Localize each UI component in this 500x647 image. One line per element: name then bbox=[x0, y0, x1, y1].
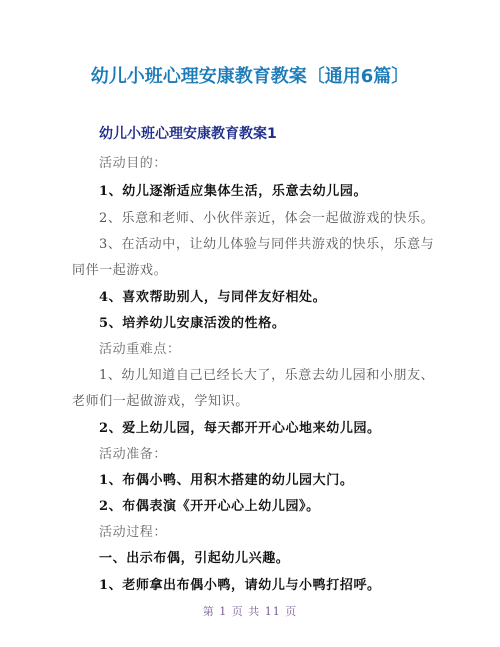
paragraph-line: 5、培养幼儿安康活泼的性格。 bbox=[99, 312, 285, 331]
paragraph-line: 3、在活动中，让幼儿体验与同伴共游戏的快乐，乐意与 bbox=[99, 233, 434, 252]
paragraph-line: 2、乐意和老师、小伙伴亲近，体会一起做游戏的快乐。 bbox=[99, 207, 434, 226]
paragraph-line: 活动过程： bbox=[99, 521, 167, 540]
paragraph-line: 1、老师拿出布偶小鸭，请幼儿与小鸭打招呼。 bbox=[99, 574, 381, 593]
paragraph-line: 活动重难点： bbox=[99, 338, 181, 357]
section-title: 幼儿小班心理安康教育教案1 bbox=[99, 123, 277, 143]
document-title: 幼儿小班心理安康教育教案〔通用6篇〕 bbox=[0, 62, 500, 88]
paragraph-line: 活动目的： bbox=[99, 152, 167, 171]
page-footer: 第 1 页 共 11 页 bbox=[0, 603, 500, 619]
paragraph-line: 同伴一起游戏。 bbox=[72, 259, 167, 278]
paragraph-line: 1、幼儿知道自己已经长大了，乐意去幼儿园和小朋友、 bbox=[99, 364, 434, 383]
paragraph-line: 活动准备： bbox=[99, 443, 167, 462]
paragraph-line: 4、喜欢帮助别人，与同伴友好相处。 bbox=[99, 286, 326, 305]
paragraph-line: 老师们一起做游戏，学知识。 bbox=[72, 390, 249, 409]
paragraph-line: 一、出示布偶，引起幼儿兴趣。 bbox=[99, 547, 289, 566]
paragraph-line: 2、布偶表演《开开心心上幼儿园》。 bbox=[99, 495, 320, 514]
paragraph-line: 2、爱上幼儿园，每天都开开心心地来幼儿园。 bbox=[99, 417, 381, 436]
paragraph-line: 1、布偶小鸭、用积木搭建的幼儿园大门。 bbox=[99, 469, 353, 488]
paragraph-line: 1、幼儿逐渐适应集体生活，乐意去幼儿园。 bbox=[99, 180, 367, 199]
